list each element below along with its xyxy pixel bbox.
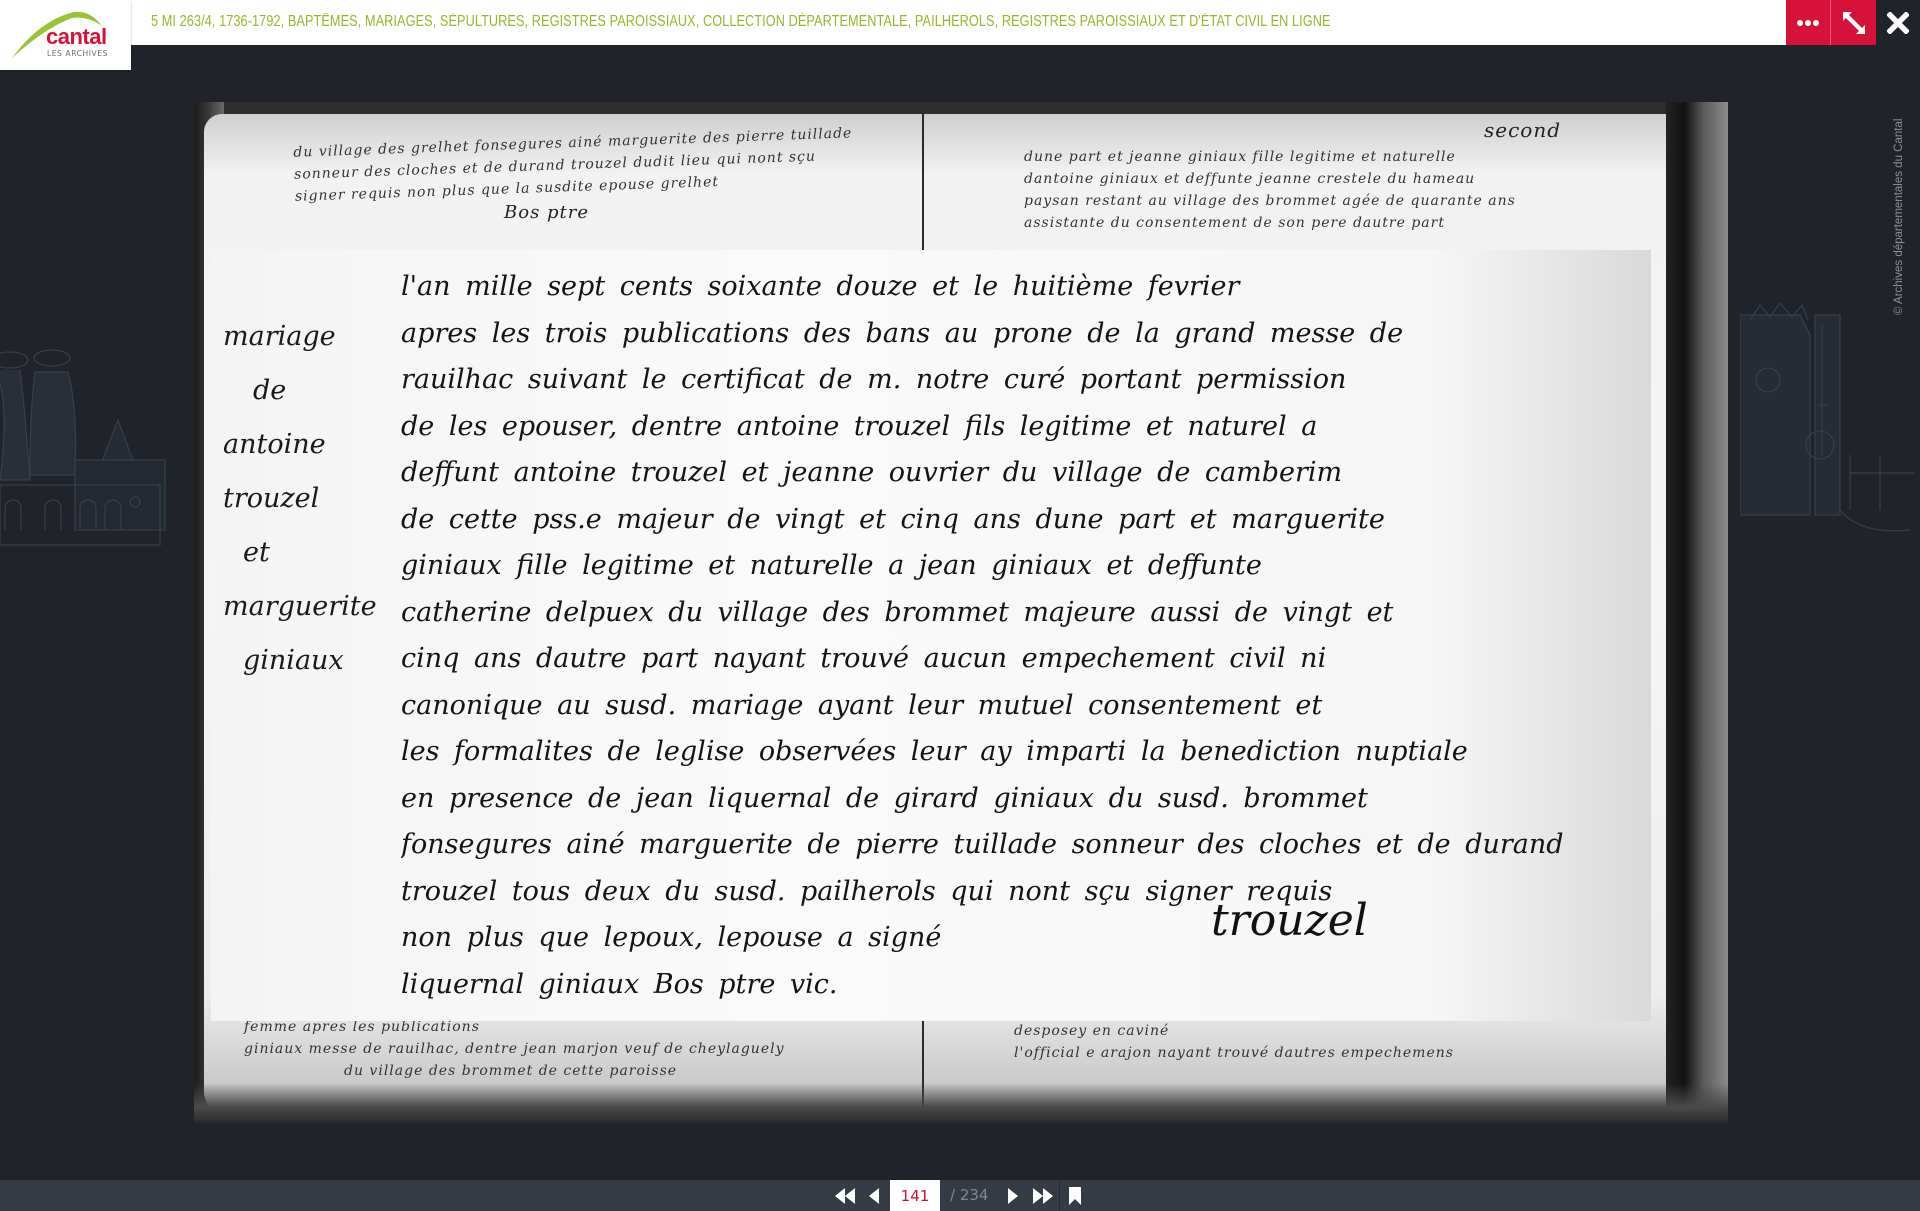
- zoomed-detail-overlay: mariage de antoine trouzel et marguerite…: [211, 250, 1651, 1021]
- right-page-text: dune part et jeanne giniaux fille legiti…: [1024, 146, 1516, 234]
- left-page-text: du village des grelhet fonsegures ainé m…: [293, 122, 854, 207]
- left-page-signature: Bos ptre: [504, 202, 589, 223]
- page-bottom-edge: [194, 1083, 1728, 1123]
- cantal-archives-logo[interactable]: cantal LES ARCHIVES: [0, 0, 131, 70]
- double-chevron-left-icon: [833, 1187, 857, 1205]
- page-number-input[interactable]: [890, 1180, 940, 1211]
- next-page-button[interactable]: [1000, 1180, 1026, 1211]
- background-illustration-right: [1740, 295, 1920, 555]
- document-title: 5 MI 263/4, 1736-1792, BAPTÊMES, MARIAGE…: [151, 12, 1479, 32]
- double-chevron-right-icon: [1031, 1187, 1055, 1205]
- pagination-toolbar: / 234: [0, 1180, 1920, 1211]
- logo-subtitle: LES ARCHIVES: [47, 49, 108, 58]
- copyright-notice: © Archives départementales du Cantal: [1893, 119, 1905, 315]
- right-page-corner-note: second: [1484, 118, 1561, 142]
- logo-wordmark: cantal: [46, 26, 107, 48]
- left-page-bottom-text: femme apres les publications giniaux mes…: [244, 1016, 785, 1082]
- triangle-left-icon: [867, 1187, 881, 1205]
- archive-image-viewer: 5 MI 263/4, 1736-1792, BAPTÊMES, MARIAGE…: [0, 0, 1920, 1211]
- last-page-button[interactable]: [1028, 1180, 1058, 1211]
- close-button[interactable]: [1876, 0, 1920, 45]
- record-text: l'an mille sept cents soixante douze et …: [401, 264, 1631, 1008]
- toolbar-divider: [1059, 1180, 1060, 1211]
- triangle-right-icon: [1006, 1187, 1020, 1205]
- groom-signature: trouzel: [1211, 895, 1368, 946]
- expand-arrows-icon: [1841, 10, 1867, 36]
- bookmark-button[interactable]: [1062, 1180, 1088, 1211]
- page-total-label: / 234: [950, 1186, 988, 1205]
- page-edge-right: [1666, 102, 1728, 1123]
- more-options-button[interactable]: [1786, 0, 1831, 45]
- close-x-icon: [1887, 12, 1909, 34]
- margin-annotation: mariage de antoine trouzel et marguerite…: [223, 310, 383, 688]
- background-illustration-left: [0, 300, 200, 560]
- bookmark-icon: [1068, 1186, 1082, 1206]
- ellipsis-icon: [1797, 19, 1819, 27]
- header-bar: 5 MI 263/4, 1736-1792, BAPTÊMES, MARIAGE…: [0, 0, 1920, 45]
- document-image[interactable]: du village des grelhet fonsegures ainé m…: [194, 102, 1728, 1123]
- fullscreen-button[interactable]: [1831, 0, 1876, 45]
- first-page-button[interactable]: [830, 1180, 860, 1211]
- previous-page-button[interactable]: [862, 1180, 886, 1211]
- right-page-bottom-text: desposey en caviné l'official e arajon n…: [1014, 1020, 1454, 1064]
